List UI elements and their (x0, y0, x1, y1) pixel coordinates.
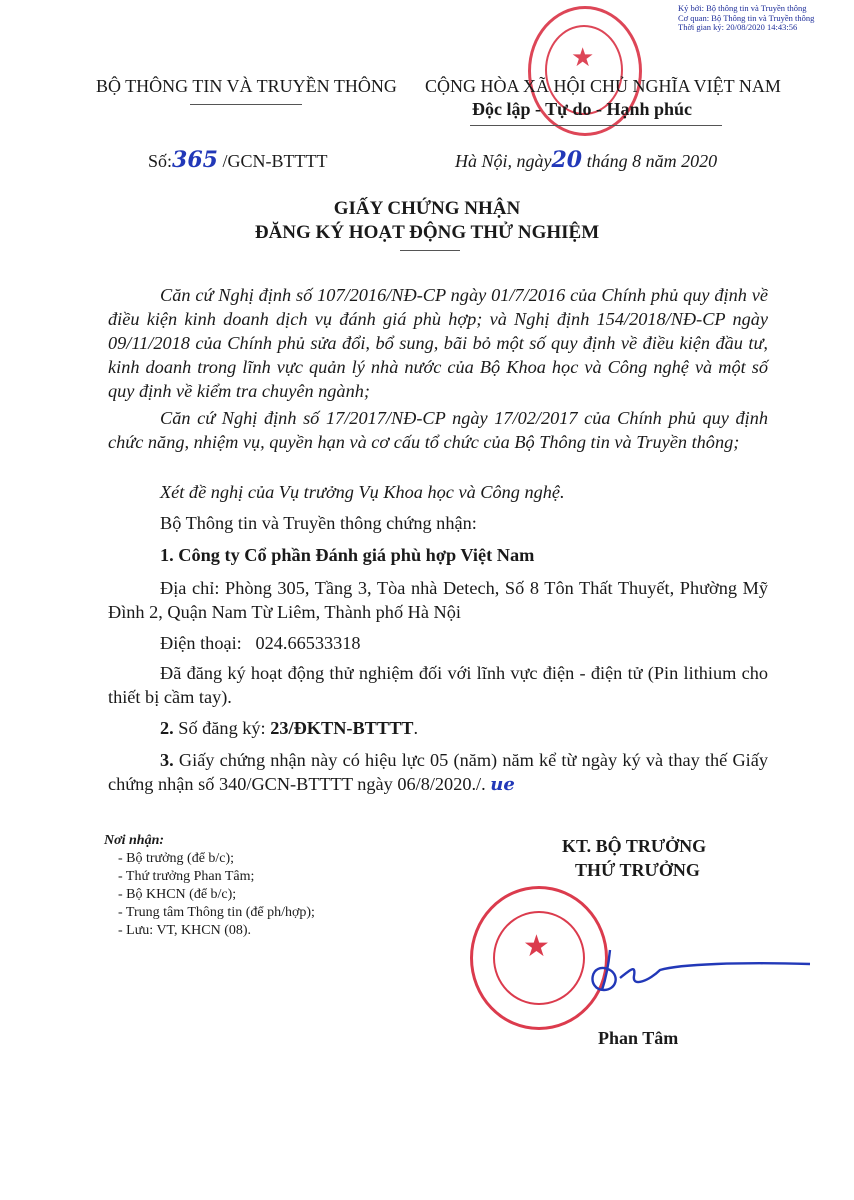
handwritten-signature (580, 940, 820, 1000)
recipient-item: - Lưu: VT, KHCN (08). (118, 922, 315, 940)
recipient-item: - Bộ trưởng (để b/c); (118, 850, 315, 868)
company-address: Địa chỉ: Phòng 305, Tầng 3, Tòa nhà Dete… (108, 576, 768, 624)
document-number: Số:365 /GCN-BTTTT (148, 147, 327, 173)
company-phone: Điện thoại: 024.66533318 (108, 631, 768, 655)
signer-title-2: THỨ TRƯỞNG (575, 860, 700, 881)
document-date: Hà Nội, ngày20 tháng 8 năm 2020 (455, 147, 717, 173)
ministry-name: BỘ THÔNG TIN VÀ TRUYỀN THÔNG (96, 76, 397, 97)
signed-time: Thời gian ký: 20/08/2020 14:43:56 (678, 23, 814, 33)
star-icon: ★ (571, 43, 594, 73)
recipients: Nơi nhận: - Bộ trưởng (để b/c); - Thứ tr… (104, 832, 315, 940)
company-name: 1. Công ty Cổ phần Đánh giá phù hợp Việt… (108, 543, 768, 567)
legal-basis-2: Căn cứ Nghị định số 17/2017/NĐ-CP ngày 1… (108, 406, 768, 454)
star-icon: ★ (523, 929, 550, 964)
document-title-line1: GIẤY CHỨNG NHẬN (0, 198, 854, 220)
legal-basis-3: Xét đề nghị của Vụ trưởng Vụ Khoa học và… (108, 480, 768, 504)
legal-basis-1: Căn cứ Nghị định số 107/2016/NĐ-CP ngày … (108, 283, 768, 403)
title-underline (400, 250, 460, 251)
certifies-statement: Bộ Thông tin và Truyền thông chứng nhận: (108, 511, 768, 535)
validity-clause: 3. Giấy chứng nhận này có hiệu lực 05 (n… (108, 748, 768, 797)
handwritten-day: 20 (552, 147, 583, 173)
registration-scope: Đã đăng ký hoạt động thử nghiệm đối với … (108, 661, 768, 709)
motto-underline (470, 125, 722, 126)
recipients-heading: Nơi nhận: (104, 832, 315, 850)
registration-code: 23/ĐKTN-BTTTT (270, 718, 413, 738)
recipient-item: - Trung tâm Thông tin (để ph/hợp); (118, 904, 315, 922)
document-title-line2: ĐĂNG KÝ HOẠT ĐỘNG THỬ NGHIỆM (0, 222, 854, 244)
ministry-underline (190, 104, 302, 105)
handwritten-number: 365 (172, 147, 218, 173)
registration-number: 2. Số đăng ký: 23/ĐKTN-BTTTT. (108, 716, 768, 740)
recipient-item: - Bộ KHCN (để b/c); (118, 886, 315, 904)
digital-signature-info: Ký bởi: Bộ thông tin và Truyền thông Cơ … (678, 4, 814, 33)
recipient-item: - Thứ trưởng Phan Tâm; (118, 868, 315, 886)
country-name: CỘNG HÒA XÃ HỘI CHỦ NGHĨA VIỆT NAM (425, 76, 781, 97)
signer-title-1: KT. BỘ TRƯỞNG (562, 836, 706, 857)
national-motto: Độc lập - Tự do - Hạnh phúc (472, 99, 692, 120)
signer-name: Phan Tâm (598, 1028, 678, 1049)
handwritten-initials: ue (490, 774, 515, 795)
